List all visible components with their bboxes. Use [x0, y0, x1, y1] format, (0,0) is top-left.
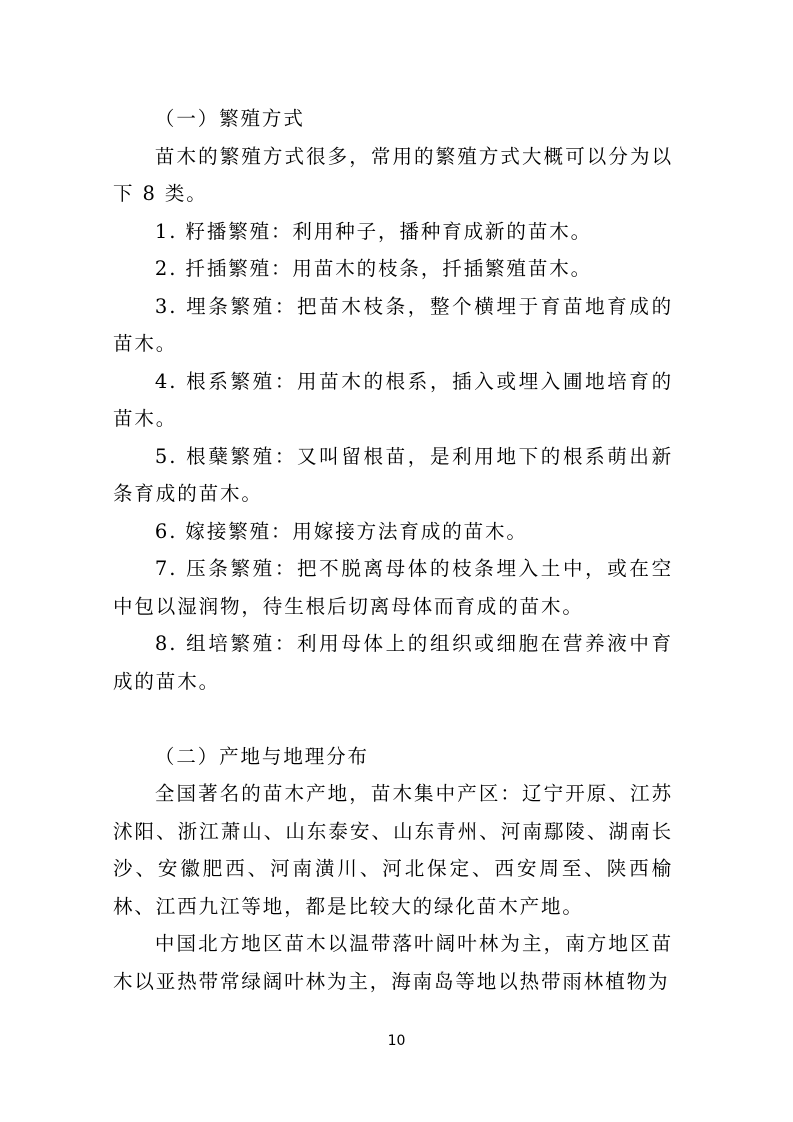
document-body: （一）繁殖方式 苗木的繁殖方式很多，常用的繁殖方式大概可以分为以下 8 类。 1…: [113, 100, 673, 1000]
breeding-item-1: 1. 籽播繁殖：利用种子，播种育成新的苗木。: [113, 213, 673, 251]
breeding-item-7: 7. 压条繁殖：把不脱离母体的枝条埋入土中，或在空中包以湿润物，待生根后切离母体…: [113, 550, 673, 625]
distribution-paragraph: 中国北方地区苗木以温带落叶阔叶林为主，南方地区苗木以亚热带常绿阔叶林为主，海南岛…: [113, 925, 673, 1000]
breeding-item-6: 6. 嫁接繁殖：用嫁接方法育成的苗木。: [113, 513, 673, 551]
origin-paragraph: 全国著名的苗木产地，苗木集中产区：辽宁开原、江苏沭阳、浙江萧山、山东泰安、山东青…: [113, 775, 673, 925]
breeding-item-2: 2. 扦插繁殖：用苗木的枝条，扦插繁殖苗木。: [113, 250, 673, 288]
breeding-intro-paragraph: 苗木的繁殖方式很多，常用的繁殖方式大概可以分为以下 8 类。: [113, 138, 673, 213]
section-spacer: [113, 700, 673, 738]
section-heading-breeding-methods: （一）繁殖方式: [113, 100, 673, 138]
document-page: （一）繁殖方式 苗木的繁殖方式很多，常用的繁殖方式大概可以分为以下 8 类。 1…: [0, 0, 793, 1122]
breeding-item-5: 5. 根蘖繁殖：又叫留根苗，是利用地下的根系萌出新条育成的苗木。: [113, 438, 673, 513]
breeding-item-3: 3. 埋条繁殖：把苗木枝条，整个横埋于育苗地育成的苗木。: [113, 288, 673, 363]
breeding-item-4: 4. 根系繁殖：用苗木的根系，插入或埋入圃地培育的苗木。: [113, 363, 673, 438]
page-number: 10: [0, 1033, 793, 1049]
breeding-item-8: 8. 组培繁殖：利用母体上的组织或细胞在营养液中育成的苗木。: [113, 625, 673, 700]
section-heading-origin-distribution: （二）产地与地理分布: [113, 738, 673, 776]
